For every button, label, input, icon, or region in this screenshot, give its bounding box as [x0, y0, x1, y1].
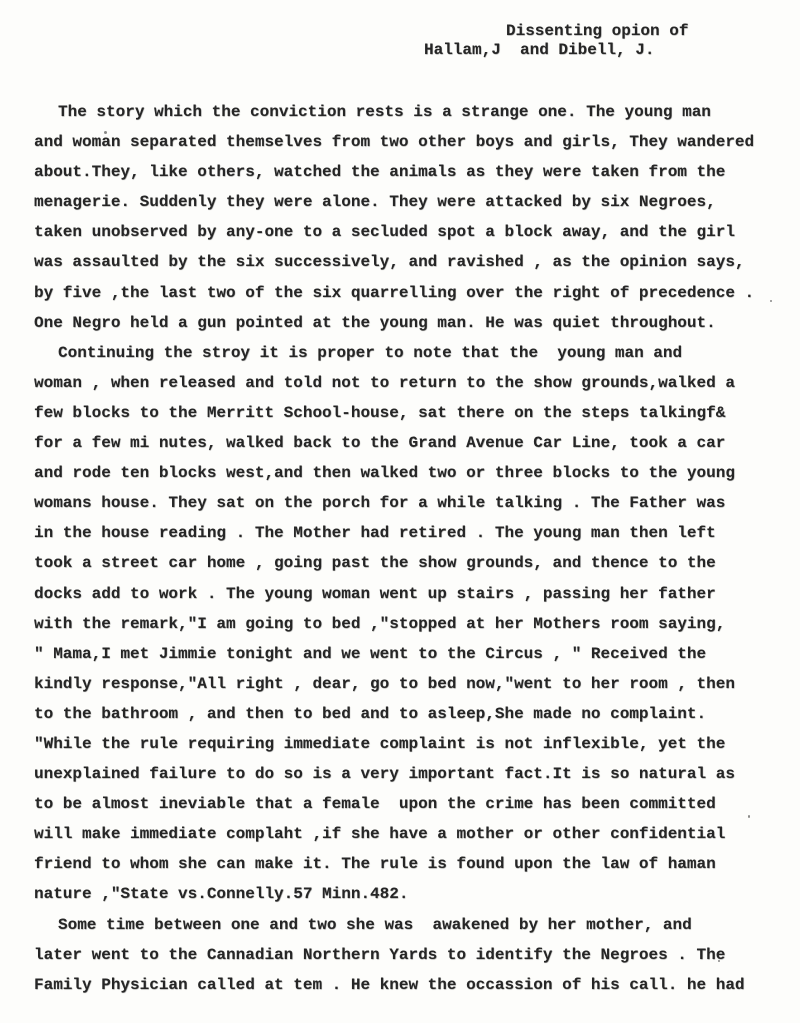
text-line: unexplained failure to do so is a very i…: [34, 759, 779, 789]
text-line: about.They, like others, watched the ani…: [34, 157, 779, 187]
scan-speckle: [104, 131, 107, 134]
text-line: docks add to work . The young woman went…: [34, 579, 779, 609]
text-line: for a few mi nutes, walked back to the G…: [34, 428, 779, 458]
text-line: and woman separated themselves from two …: [34, 127, 779, 157]
text-line: kindly response,"All right , dear, go to…: [34, 669, 779, 699]
text-line: was assaulted by the six successively, a…: [34, 247, 779, 277]
text-line: Some time between one and two she was aw…: [34, 910, 779, 940]
text-line: friend to whom she can make it. The rule…: [34, 849, 779, 879]
document-header-judges: Hallam,J and Dibell, J.: [424, 41, 654, 59]
text-line: The story which the conviction rests is …: [34, 97, 779, 127]
text-line: nature ,"State vs.Connelly.57 Minn.482.: [34, 879, 779, 909]
text-line: few blocks to the Merritt School-house, …: [34, 398, 779, 428]
text-line: to the bathroom , and then to bed and to…: [34, 699, 779, 729]
text-line: by five ,the last two of the six quarrel…: [34, 278, 779, 308]
text-line: menagerie. Suddenly they were alone. The…: [34, 187, 779, 217]
text-line: later went to the Cannadian Northern Yar…: [34, 940, 779, 970]
scan-speckle: [770, 300, 772, 302]
text-line: woman , when released and told not to re…: [34, 368, 779, 398]
text-line: with the remark,"I am going to bed ,"sto…: [34, 609, 779, 639]
text-line: One Negro held a gun pointed at the youn…: [34, 308, 779, 338]
document-body: The story which the conviction rests is …: [34, 97, 779, 1000]
text-line: " Mama,I met Jimmie tonight and we went …: [34, 639, 779, 669]
scan-speckle: [718, 960, 720, 962]
text-line: Family Physician called at tem . He knew…: [34, 970, 779, 1000]
text-line: taken unobserved by any-one to a seclude…: [34, 217, 779, 247]
document-header-title: Dissenting opion of: [506, 22, 688, 40]
text-line: will make immediate complaht ,if she hav…: [34, 819, 779, 849]
text-line: and rode ten blocks west,and then walked…: [34, 458, 779, 488]
text-line: to be almost ineviable that a female upo…: [34, 789, 779, 819]
text-line: womans house. They sat on the porch for …: [34, 488, 779, 518]
scan-speckle: [748, 815, 750, 818]
text-line: Continuing the stroy it is proper to not…: [34, 338, 779, 368]
text-line: took a street car home , going past the …: [34, 548, 779, 578]
document-page: Dissenting opion of Hallam,J and Dibell,…: [0, 0, 800, 1023]
text-line: "While the rule requiring immediate comp…: [34, 729, 779, 759]
text-line: in the house reading . The Mother had re…: [34, 518, 779, 548]
